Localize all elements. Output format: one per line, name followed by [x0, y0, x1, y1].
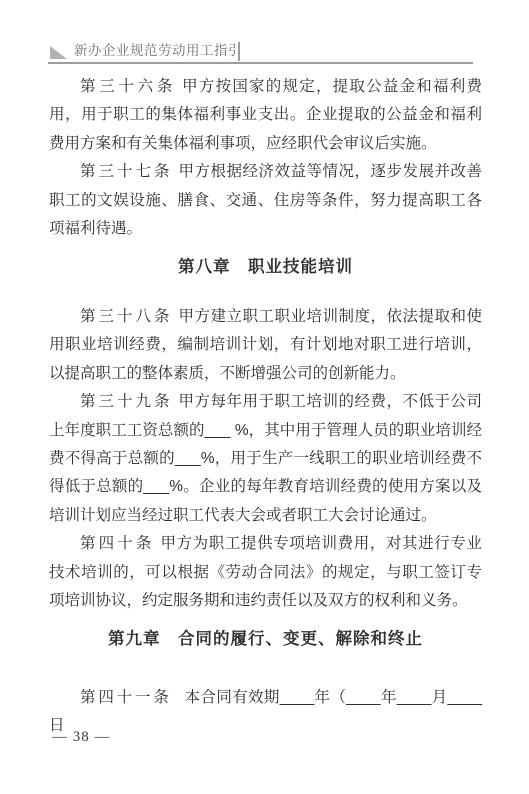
article-36-number: 第三十六条 — [80, 78, 176, 95]
article-38-paragraph: 第三十八条甲方建立职工职业培训制度，依法提取和使用职业培训经费，编制培训计划，有… — [49, 303, 482, 388]
page-header: 新办企业规范劳动用工指引 — [0, 0, 529, 64]
article-41-number: 第四十一条 — [80, 689, 172, 706]
header-rule-line — [48, 62, 473, 64]
article-40-number: 第四十条 — [80, 535, 154, 552]
article-40-paragraph: 第四十条甲方为职工提供专项培训费用，对其进行专业技术培训的，可以根据《劳动合同法… — [49, 530, 482, 615]
article-36-paragraph: 第三十六条甲方按国家的规定，提取公益金和福利费用，用于职工的集体福利事业支出。企… — [49, 73, 482, 158]
article-39-text: 甲方每年用于职工培训的经费，不低于公司上年度职工工资总额的___ %，其中用于管… — [49, 393, 482, 524]
article-39-number: 第三十九条 — [80, 393, 173, 410]
article-41-paragraph: 第四十一条本合同有效期____年（____年____月____日 — [49, 684, 482, 741]
article-37-number: 第三十七条 — [80, 163, 173, 180]
page-number: — 38 — — [52, 729, 111, 746]
chapter-8-heading: 第八章 职业技能培训 — [49, 252, 482, 282]
document-page: 新办企业规范劳动用工指引 第三十六条甲方按国家的规定，提取公益金和福利费用，用于… — [0, 0, 529, 794]
chapter-9-heading: 第九章 合同的履行、变更、解除和终止 — [49, 624, 482, 654]
article-39-paragraph: 第三十九条甲方每年用于职工培训的经费，不低于公司上年度职工工资总额的___ %，… — [49, 388, 482, 530]
article-38-number: 第三十八条 — [80, 308, 173, 325]
document-body: 第三十六条甲方按国家的规定，提取公益金和福利费用，用于职工的集体福利事业支出。企… — [49, 73, 482, 741]
header-divider-line — [238, 42, 240, 61]
article-37-paragraph: 第三十七条甲方根据经济效益等情况，逐步发展并改善职工的文娱设施、膳食、交通、住房… — [49, 158, 482, 243]
header-title: 新办企业规范劳动用工指引 — [74, 39, 242, 59]
lower-left-triangle-icon — [50, 46, 67, 59]
